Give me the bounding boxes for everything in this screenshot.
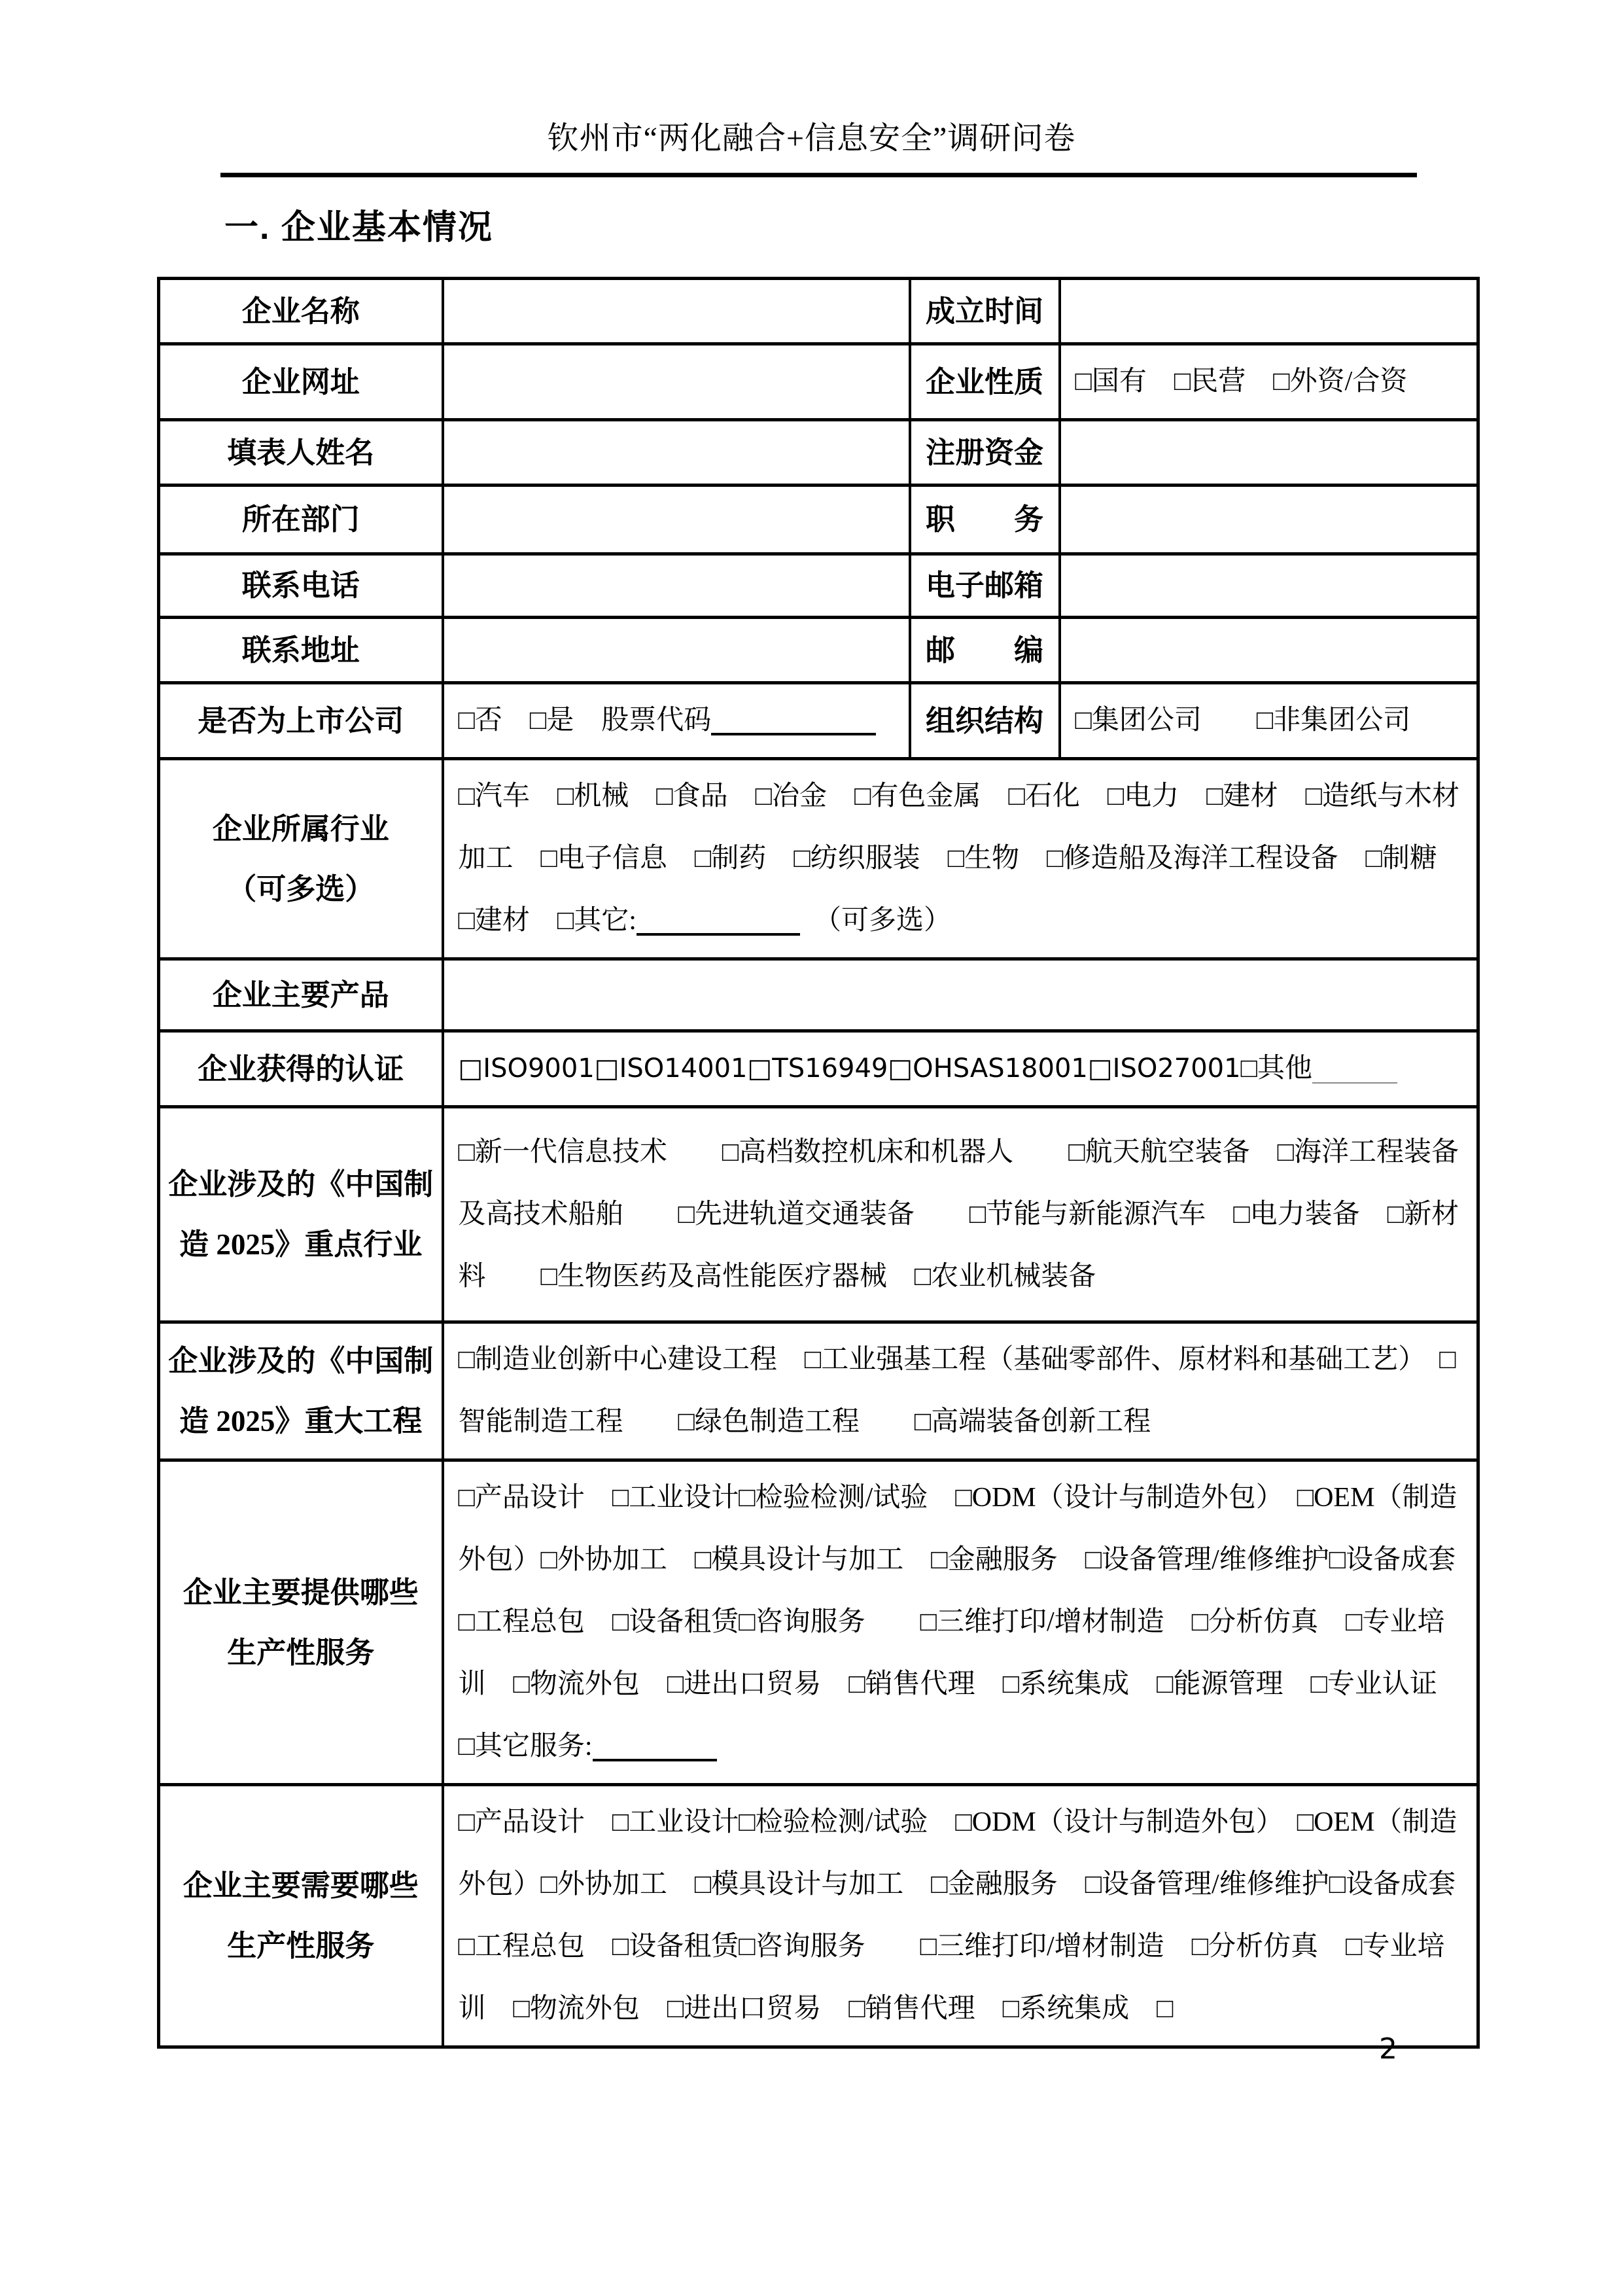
checkbox-option[interactable]: □销售代理 [848,1669,975,1699]
fill-in-blank[interactable] [637,933,800,936]
checkbox-option[interactable]: □ISO14001 [595,1053,748,1084]
table-row-company-website: 企业网址企业性质□国有 □民营 □外资/合资 [159,344,1478,420]
cell-text: （可多选） [828,906,951,936]
checkbox-option[interactable]: □ISO9001 [459,1053,595,1084]
checkbox-option[interactable]: □三维打印/增材制造 [920,1932,1164,1962]
checkbox-option[interactable]: □新一代信息技术 [459,1137,667,1167]
checkbox-option[interactable]: □纺织服装 [794,843,920,874]
table-row-services-provided: 企业主要提供哪些 生产性服务□产品设计 □工业设计□检验检测/试验 □ODM（设… [159,1460,1478,1785]
enterprise-nature-options-cell: □国有 □民营 □外资/合资 [1060,344,1478,420]
listed-company-options-cell: □否 □是 股票代码 [443,683,910,759]
company-website-label: 企业网址 [159,344,443,420]
postcode-label: 邮 编 [910,618,1060,683]
checkbox-option[interactable]: □模具设计与加工 [695,1545,903,1575]
checkbox-option[interactable]: □绿色制造工程 [678,1407,860,1437]
checkbox-option[interactable]: □制造业创新中心建设工程 [459,1345,777,1375]
table-row-filler-name: 填表人姓名注册资金 [159,420,1478,486]
checkbox-option[interactable]: □专业认证 [1310,1669,1437,1699]
contact-address-input[interactable] [443,618,910,683]
table-row-department: 所在部门职 务 [159,486,1478,554]
table-row-contact-phone: 联系电话电子邮箱 [159,554,1478,618]
table-row-listed-company: 是否为上市公司□否 □是 股票代码组织结构□集团公司 □非集团公司 [159,683,1478,759]
department-input[interactable] [443,486,910,554]
checkbox-option[interactable]: □有色金属 [854,781,981,811]
checkbox-option[interactable]: □检验检测/试验 [739,1483,928,1513]
checkbox-option[interactable]: □ODM（设计与制造外包） [955,1807,1269,1837]
job-position-input[interactable] [1060,486,1478,554]
checkbox-option[interactable]: □外协加工 [541,1869,667,1899]
checkbox-option[interactable]: □集团公司 [1075,705,1202,735]
checkbox-option[interactable]: □设备租赁 [612,1932,739,1962]
table-row-services-needed: 企业主要需要哪些 生产性服务□产品设计 □工业设计□检验检测/试验 □ODM（设… [159,1785,1478,2047]
table-row-company-name: 企业名称成立时间 [159,279,1478,344]
checkbox-option[interactable]: □民营 [1174,366,1246,397]
china2025-major-projects-options-cell: □制造业创新中心建设工程 □工业强基工程（基础零部件、原材料和基础工艺） □智能… [443,1322,1478,1460]
checkbox-option[interactable]: □设备租赁 [612,1607,739,1637]
department-label: 所在部门 [159,486,443,554]
checkbox-option[interactable]: □能源管理 [1157,1669,1283,1699]
checkbox-option[interactable]: □系统集成 [1003,1669,1129,1699]
contact-address-label: 联系地址 [159,618,443,683]
services-provided-options-cell: □产品设计 □工业设计□检验检测/试验 □ODM（设计与制造外包） □OEM（制… [443,1460,1478,1785]
questionnaire-page: 钦州市“两化融合+信息安全”调研问卷 一. 企业基本情况 企业名称成立时间企业网… [0,0,1623,2296]
checkbox-option[interactable]: □先进轨道交通装备 [678,1199,915,1229]
checkbox-option[interactable]: □咨询服务 [739,1932,865,1962]
checkbox-option[interactable]: □修造船及海洋工程设备 [1047,843,1338,874]
table-row-china2025-major-projects: 企业涉及的《中国制 造 2025》重大工程□制造业创新中心建设工程 □工业强基工… [159,1322,1478,1460]
company-name-input[interactable] [443,279,910,344]
checkbox-option[interactable]: □系统集成 [1003,1994,1129,2024]
checkbox-option[interactable]: □机械 [557,781,629,811]
certifications-label: 企业获得的认证 [159,1031,443,1107]
founding-time-input[interactable] [1060,279,1478,344]
section-heading: 一. 企业基本情况 [224,200,493,249]
checkbox-option[interactable]: □电子信息 [541,843,667,874]
checkbox-option[interactable]: □外资/合资 [1273,366,1407,397]
main-products-label: 企业主要产品 [159,959,443,1031]
checkbox-option[interactable]: □工程总包 [459,1932,585,1962]
checkbox-option[interactable]: □其它: [557,906,637,936]
company-website-input[interactable] [443,344,910,420]
contact-phone-input[interactable] [443,554,910,618]
company-name-label: 企业名称 [159,279,443,344]
checkbox-option[interactable]: □金融服务 [931,1545,1057,1575]
organization-structure-label: 组织结构 [910,683,1060,759]
checkbox-option[interactable]: □设备管理/维修维护 [1085,1869,1329,1899]
enterprise-nature-label: 企业性质 [910,344,1060,420]
checkbox-option[interactable]: □工业设计 [612,1483,739,1513]
table-row-industry: 企业所属行业 （可多选）□汽车 □机械 □食品 □冶金 □有色金属 □石化 □电… [159,759,1478,959]
table-row-contact-address: 联系地址邮 编 [159,618,1478,683]
checkbox-option[interactable]: □进出口贸易 [667,1994,821,2024]
checkbox-option[interactable]: □石化 [1008,781,1079,811]
checkbox-option[interactable]: □其它服务: [459,1731,593,1761]
checkbox-option[interactable]: □电力装备 [1233,1199,1359,1229]
checkbox-option[interactable]: □制药 [695,843,766,874]
registered-capital-label: 注册资金 [910,420,1060,486]
checkbox-option[interactable]: □OHSAS18001 [888,1053,1088,1084]
checkbox-option[interactable]: □金融服务 [931,1869,1057,1899]
checkbox-option[interactable]: □物流外包 [514,1994,640,2024]
checkbox-option[interactable]: □工程总包 [459,1607,585,1637]
checkbox-option[interactable]: □工业设计 [612,1807,739,1837]
checkbox-option[interactable]: □生物 [948,843,1019,874]
checkbox-option[interactable]: □分析仿真 [1192,1932,1318,1962]
table-row-china2025-key-industries: 企业涉及的《中国制 造 2025》重点行业□新一代信息技术 □高档数控机床和机器… [159,1107,1478,1322]
industry-options-cell: □汽车 □机械 □食品 □冶金 □有色金属 □石化 □电力 □建材 □造纸与木材… [443,759,1478,959]
header-divider-rule [220,173,1417,177]
cell-text: 股票代码 [601,705,711,735]
checkbox-option[interactable]: □设备成套 [1329,1869,1456,1899]
table-row-certifications: 企业获得的认证□ISO9001□ISO14001□TS16949□OHSAS18… [159,1031,1478,1107]
postcode-input[interactable] [1060,618,1478,683]
china2025-key-industries-options-cell: □新一代信息技术 □高档数控机床和机器人 □航天航空装备 □海洋工程装备及高技术… [443,1107,1478,1322]
checkbox-option[interactable]: □生物医药及高性能医疗器械 [541,1262,887,1292]
registered-capital-input[interactable] [1060,420,1478,486]
checkbox-option[interactable]: □设备成套 [1329,1545,1456,1575]
checkbox-option[interactable]: □制糖 [1365,843,1437,874]
checkbox-option[interactable]: □三维打印/增材制造 [920,1607,1164,1637]
job-position-label: 职 务 [910,486,1060,554]
fill-in-blank[interactable] [711,733,876,735]
checkbox-option[interactable]: □产品设计 [459,1807,585,1837]
filler-name-label: 填表人姓名 [159,420,443,486]
table-row-main-products: 企业主要产品 [159,959,1478,1031]
checkbox-option[interactable]: □食品 [656,781,727,811]
checkbox-option[interactable]: □检验检测/试验 [739,1807,928,1837]
checkbox-option[interactable]: □物流外包 [514,1669,640,1699]
filler-name-input[interactable] [443,420,910,486]
checkbox-option[interactable]: □汽车 [459,781,530,811]
checkbox-option[interactable]: □ISO27001 [1088,1053,1241,1084]
checkbox-option[interactable]: □设备管理/维修维护 [1085,1545,1329,1575]
checkbox-option[interactable]: □建材 [459,906,530,936]
checkbox-option[interactable]: □建材 [1206,781,1278,811]
checkbox-option[interactable]: □工业强基工程（基础零部件、原材料和基础工艺） [805,1345,1412,1375]
checkbox-option[interactable]: □ODM（设计与制造外包） [955,1483,1269,1513]
certifications-options-cell: □ISO9001□ISO14001□TS16949□OHSAS18001□ISO… [443,1031,1478,1107]
checkbox-option[interactable]: □ [1157,1994,1173,2024]
main-products-input[interactable] [443,959,1478,1031]
company-basic-info-table: 企业名称成立时间企业网址企业性质□国有 □民营 □外资/合资填表人姓名注册资金所… [157,277,1480,2049]
contact-phone-label: 联系电话 [159,554,443,618]
checkbox-option[interactable]: □农业机械装备 [915,1262,1096,1292]
checkbox-option[interactable]: □销售代理 [848,1994,975,2024]
china2025-major-projects-label: 企业涉及的《中国制 造 2025》重大工程 [159,1322,443,1460]
industry-label: 企业所属行业 （可多选） [159,759,443,959]
services-provided-label: 企业主要提供哪些 生产性服务 [159,1460,443,1785]
listed-company-label: 是否为上市公司 [159,683,443,759]
fill-in-blank[interactable] [1312,1082,1397,1084]
page-number: 2 [1379,2032,1397,2066]
email-label: 电子邮箱 [910,554,1060,618]
china2025-key-industries-label: 企业涉及的《中国制 造 2025》重点行业 [159,1107,443,1322]
checkbox-option[interactable]: □TS16949 [747,1053,888,1084]
table-body: 企业名称成立时间企业网址企业性质□国有 □民营 □外资/合资填表人姓名注册资金所… [159,279,1478,2047]
checkbox-option[interactable]: □国有 [1075,366,1147,397]
checkbox-option[interactable]: □咨询服务 [739,1607,865,1637]
services-needed-label: 企业主要需要哪些 生产性服务 [159,1785,443,2047]
checkbox-option[interactable]: □非集团公司 [1257,705,1410,735]
checkbox-option[interactable]: □冶金 [756,781,827,811]
email-input[interactable] [1060,554,1478,618]
checkbox-option[interactable]: □高档数控机床和机器人 [722,1137,1013,1167]
services-needed-options-cell: □产品设计 □工业设计□检验检测/试验 □ODM（设计与制造外包） □OEM（制… [443,1785,1478,2047]
page-title: 钦州市“两化融合+信息安全”调研问卷 [0,113,1623,158]
checkbox-option[interactable]: □节能与新能源汽车 [969,1199,1206,1229]
checkbox-option[interactable]: □外协加工 [541,1545,667,1575]
checkbox-option[interactable]: □高端装备创新工程 [915,1407,1151,1437]
checkbox-option[interactable]: □产品设计 [459,1483,585,1513]
checkbox-option[interactable]: □航天航空装备 [1068,1137,1249,1167]
fill-in-blank[interactable] [593,1759,717,1761]
checkbox-option[interactable]: □电力 [1108,781,1179,811]
checkbox-option[interactable]: □进出口贸易 [667,1669,821,1699]
checkbox-option[interactable]: □否 [459,705,502,735]
checkbox-option[interactable]: □模具设计与加工 [695,1869,903,1899]
checkbox-option[interactable]: □分析仿真 [1192,1607,1318,1637]
organization-structure-options-cell: □集团公司 □非集团公司 [1060,683,1478,759]
checkbox-option[interactable]: □是 [530,705,574,735]
founding-time-label: 成立时间 [910,279,1060,344]
checkbox-option[interactable]: □其他 [1241,1053,1312,1084]
